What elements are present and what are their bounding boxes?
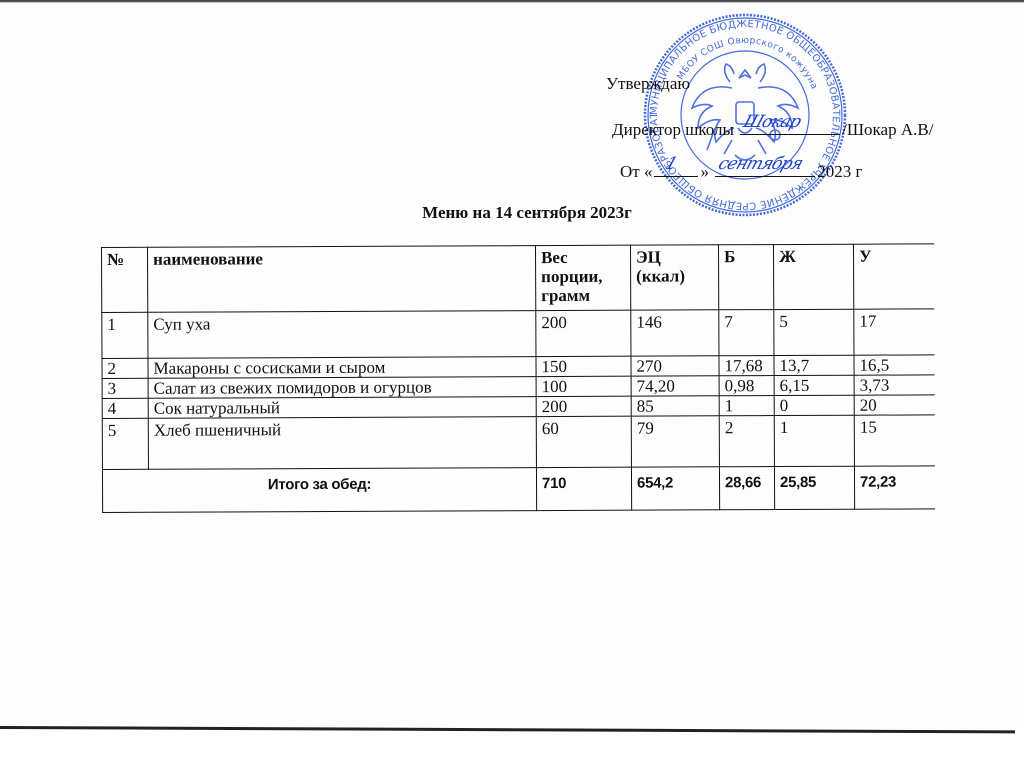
director-signature-field: Шокар: [740, 118, 840, 135]
cell-no: 3: [102, 378, 148, 398]
cell-protein: 17,68: [719, 356, 774, 376]
header-fat: Ж: [773, 244, 853, 309]
cell-name: Суп уха: [148, 311, 536, 359]
cell-fat: 6,15: [774, 375, 854, 395]
total-carbs: 72,23: [854, 466, 934, 509]
cell-name: Хлеб пшеничный: [148, 417, 536, 470]
header-weight: Вес порции, грамм: [535, 245, 630, 310]
table-total-row: Итого за обед:710654,228,6625,8572,23: [102, 466, 934, 513]
total-weight: 710: [536, 467, 631, 510]
approval-block: Утверждаю Директор школы Шокар /Шокар А.…: [0, 0, 1024, 200]
scan-margin-bottom: [0, 729, 1024, 776]
director-label: Директор школы: [612, 120, 734, 139]
date-prefix: От «: [620, 162, 652, 181]
cell-energy: 146: [631, 310, 719, 356]
cell-fat: 0: [774, 395, 854, 415]
cell-protein: 7: [719, 310, 774, 356]
total-protein: 28,66: [719, 467, 774, 510]
cell-weight: 60: [536, 416, 631, 467]
cell-protein: 1: [719, 396, 774, 416]
table-header-row: № наименование Вес порции, грамм ЭЦ (кка…: [102, 244, 934, 313]
cell-carbs: 17: [854, 309, 934, 355]
day-handwritten: 1: [663, 154, 679, 174]
menu-table: № наименование Вес порции, грамм ЭЦ (кка…: [101, 243, 935, 513]
total-energy: 654,2: [631, 467, 719, 510]
header-protein: Б: [718, 245, 773, 310]
cell-carbs: 15: [854, 415, 934, 466]
cell-fat: 1: [774, 415, 854, 466]
cell-no: 5: [102, 418, 148, 469]
day-field: 1: [654, 160, 698, 177]
header-carbs: У: [853, 244, 933, 309]
cell-fat: 13,7: [774, 355, 854, 375]
director-signature: Шокар: [741, 112, 803, 132]
cell-no: 2: [102, 358, 148, 378]
quote-close: »: [700, 162, 709, 181]
cell-weight: 100: [536, 376, 631, 396]
cell-name: Сок натуральный: [148, 397, 536, 419]
month-handwritten: сентября: [716, 154, 805, 174]
cell-weight: 200: [536, 396, 631, 416]
total-label: Итого за обед:: [102, 468, 536, 513]
cell-no: 4: [102, 398, 148, 418]
month-field: сентября: [715, 160, 815, 177]
cell-protein: 0,98: [719, 376, 774, 396]
header-name: наименование: [148, 246, 536, 313]
cell-carbs: 20: [854, 395, 934, 415]
cell-energy: 79: [631, 416, 719, 467]
approve-label: Утверждаю: [606, 74, 690, 94]
cell-weight: 150: [536, 356, 631, 376]
director-line: Директор школы Шокар /Шокар А.В/: [612, 118, 933, 140]
date-line: От «1» сентября2023 г: [620, 160, 862, 182]
director-name: /Шокар А.В/: [842, 120, 933, 139]
cell-protein: 2: [719, 416, 774, 467]
cell-energy: 85: [631, 396, 719, 416]
header-energy: ЭЦ (ккал): [630, 245, 718, 310]
total-fat: 25,85: [774, 466, 854, 509]
cell-name: Салат из свежих помидоров и огурцов: [148, 377, 536, 399]
cell-fat: 5: [774, 309, 854, 355]
cell-energy: 74,20: [631, 376, 719, 396]
table-row: 1Суп уха2001467517: [102, 309, 934, 359]
cell-carbs: 3,73: [854, 375, 934, 395]
cell-energy: 270: [631, 356, 719, 376]
cell-name: Макароны с сосисками и сыром: [148, 357, 536, 379]
year-suffix: 2023 г: [817, 162, 862, 181]
document-title: Меню на 14 сентября 2023г: [0, 203, 1024, 223]
cell-weight: 200: [536, 310, 631, 356]
cell-carbs: 16,5: [854, 355, 934, 375]
header-no: №: [102, 247, 148, 312]
cell-no: 1: [102, 312, 148, 358]
table-row: 5Хлеб пшеничный60792115: [102, 415, 934, 470]
